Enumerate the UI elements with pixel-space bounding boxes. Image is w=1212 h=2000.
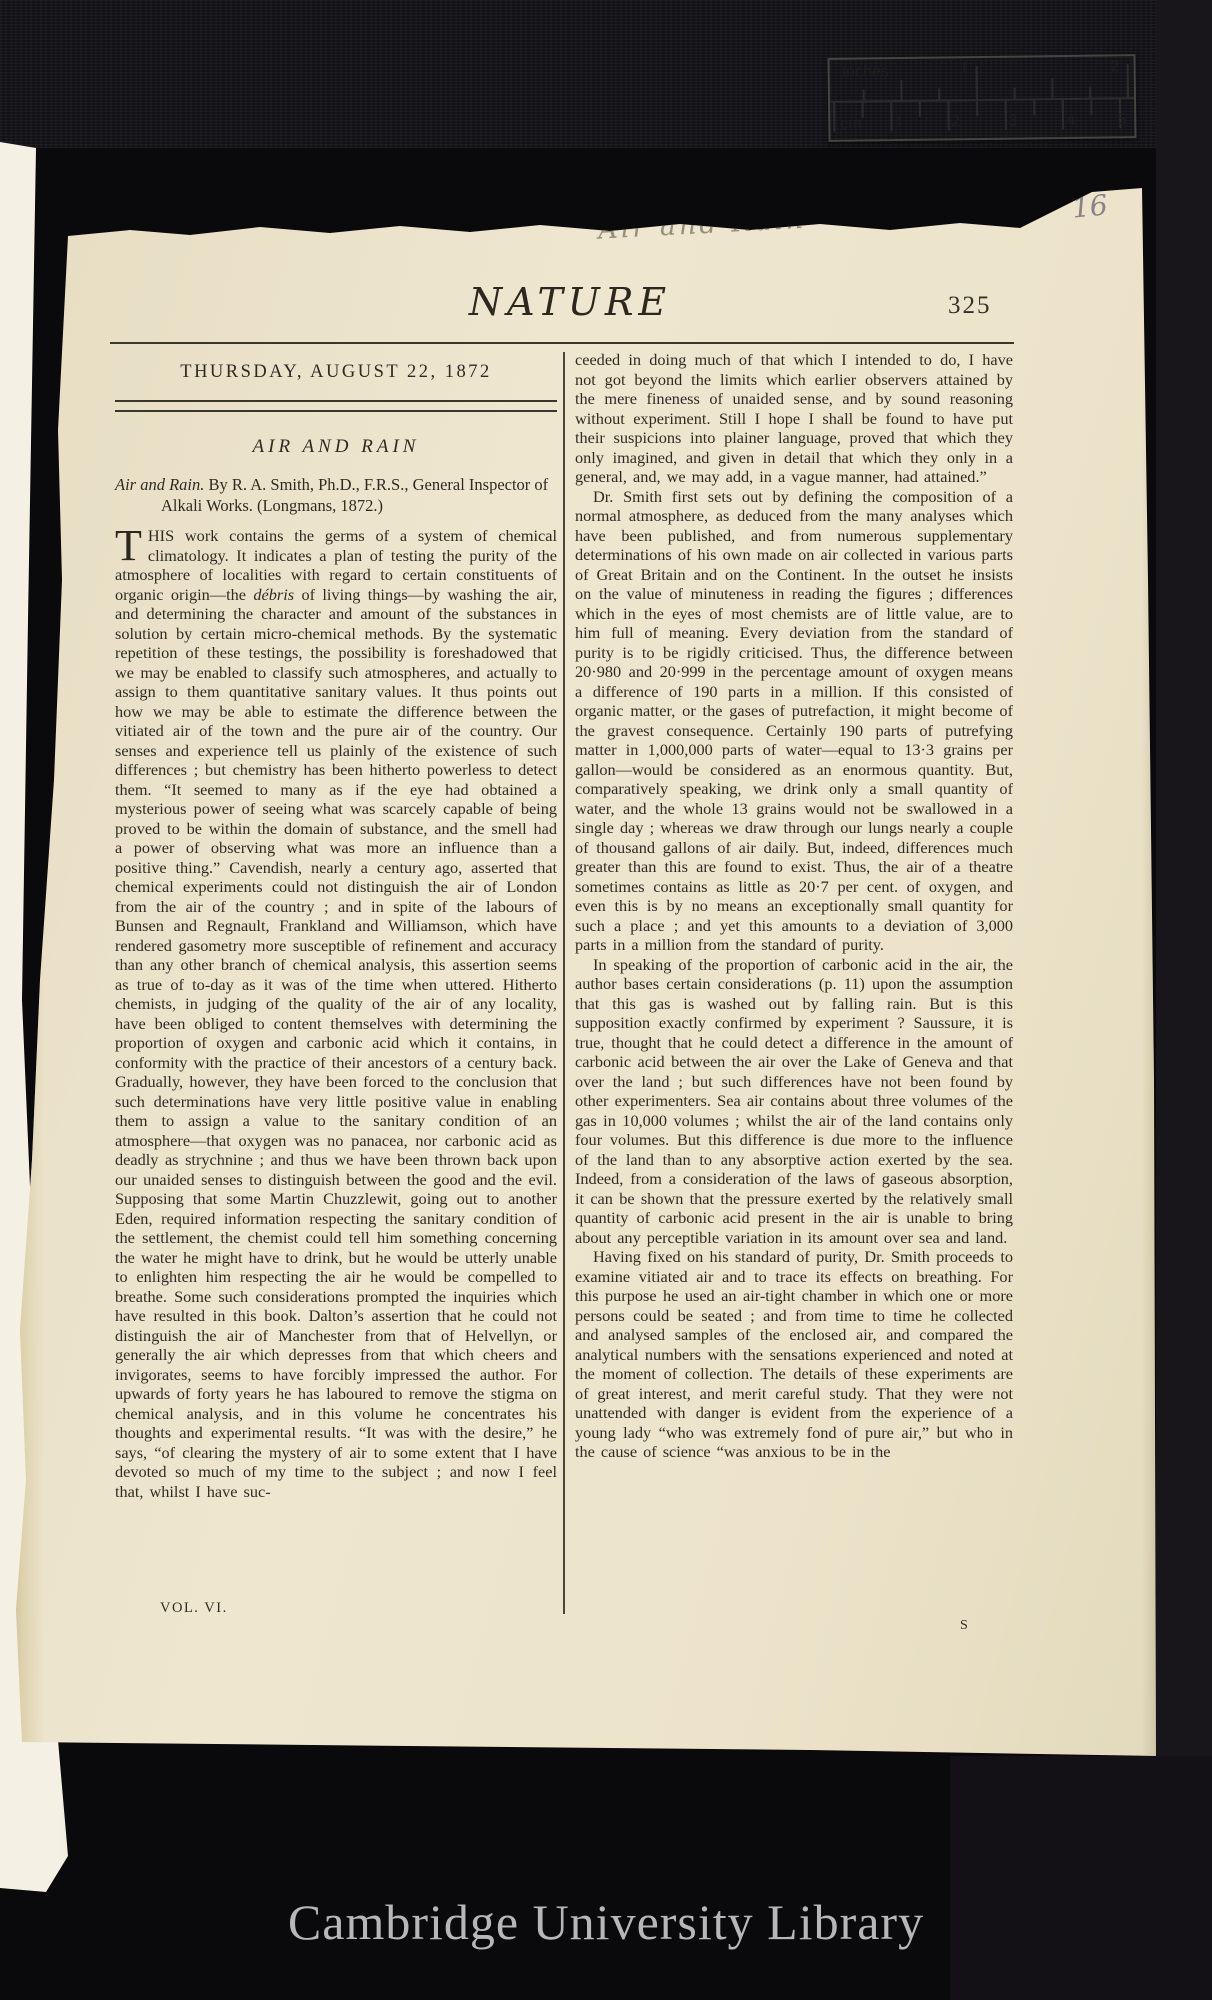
paragraph: Dr. Smith first sets out by defining the…: [575, 487, 1013, 955]
scan-background: Inches 1 2 cm 1 2 3 4 5 Air and Rain 16 …: [0, 0, 1212, 2000]
volume-footer: VOL. VI.: [160, 1600, 228, 1617]
article-body-left: THIS work contains the germs of a system…: [115, 526, 557, 1619]
article-byline: Air and Rain. By R. A. Smith, Ph.D., F.R…: [115, 474, 557, 516]
left-column: THURSDAY, AUGUST 22, 1872 AIR AND RAIN A…: [115, 362, 557, 1619]
body-text-italic: débris: [253, 585, 294, 604]
ruler-inches-label: Inches: [842, 63, 889, 82]
issue-date: THURSDAY, AUGUST 22, 1872: [115, 362, 557, 383]
paragraph: In speaking of the proportion of carboni…: [575, 955, 1013, 1248]
ruler-inch-number: 1: [960, 60, 969, 78]
ruler-cm-number: 2: [951, 113, 960, 131]
masthead-rule: [110, 342, 1014, 344]
right-column: ceeded in doing much of that which I int…: [575, 350, 1013, 1580]
paragraph: Having fixed on his standard of purity, …: [575, 1247, 1013, 1462]
ruler-cm-number: 5: [1117, 111, 1126, 129]
journal-masthead: NATURE: [390, 280, 750, 324]
page-leaf: Air and Rain 16 NATURE 325 THURSDAY, AUG…: [10, 180, 1160, 1760]
article-title: AIR AND RAIN: [115, 436, 557, 458]
byline-author: By R. A. Smith, Ph.D., F.R.S., General I…: [161, 475, 548, 515]
pencil-annotation: Air and Rain: [597, 197, 928, 245]
byline-book-title: Air and Rain.: [115, 475, 204, 494]
column-divider: [563, 352, 565, 1614]
measurement-ruler: Inches 1 2 cm 1 2 3 4 5: [827, 54, 1136, 142]
library-watermark: Cambridge University Library: [0, 1893, 1212, 1951]
ruler-cm-number: 1: [894, 114, 903, 132]
ruler-cm-number: 3: [1008, 113, 1017, 131]
signature-mark: S: [960, 1618, 968, 1634]
body-text: of living things—by washing the air, and…: [115, 585, 557, 1501]
page-corner-number: 16: [1070, 188, 1109, 225]
ruler-cm-label: cm: [840, 115, 862, 133]
page-number: 325: [948, 292, 992, 320]
cloth-backdrop-bottom-right: [950, 1756, 1212, 2000]
drop-cap: T: [115, 526, 148, 562]
ruler-cm-number: 4: [1066, 112, 1075, 130]
ruler-inch-number: 2: [1111, 58, 1120, 76]
paragraph: ceeded in doing much of that which I int…: [575, 350, 1013, 487]
double-rule: [115, 400, 557, 412]
cloth-backdrop-right: [1156, 0, 1212, 2000]
